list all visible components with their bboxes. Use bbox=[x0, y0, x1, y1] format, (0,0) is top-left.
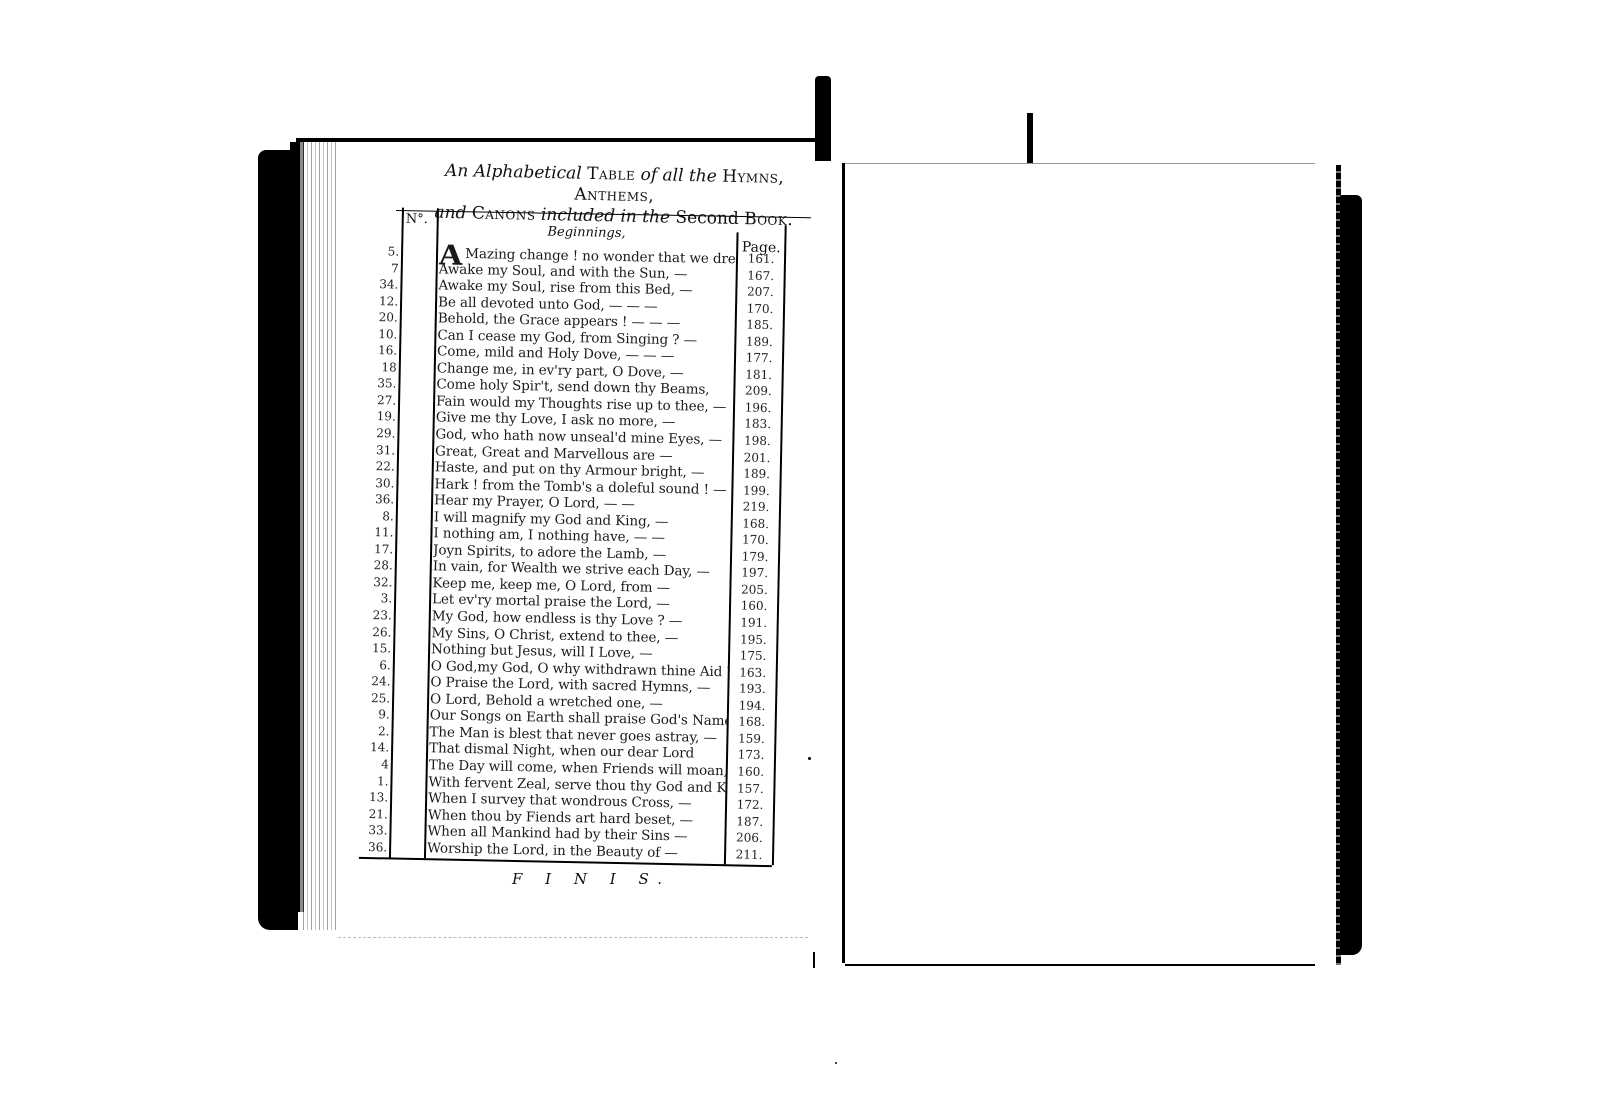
hymn-page: 179. bbox=[732, 548, 778, 565]
hymn-page: 160. bbox=[728, 763, 774, 780]
hymn-page: 197. bbox=[732, 565, 778, 582]
hymn-number: 14. bbox=[361, 739, 389, 756]
hymn-number: 29. bbox=[367, 425, 395, 442]
hymn-number: 26. bbox=[363, 623, 391, 640]
hymn-page: 195. bbox=[730, 631, 776, 648]
hymn-page: 167. bbox=[738, 267, 784, 284]
hymn-page: 198. bbox=[734, 432, 780, 449]
hymn-page: 189. bbox=[734, 465, 780, 482]
hymn-page: 185. bbox=[737, 317, 783, 334]
hymn-number: 15. bbox=[363, 640, 391, 657]
hymn-number: 13. bbox=[360, 789, 388, 806]
hymn-number: 36. bbox=[359, 839, 387, 856]
hymn-page: 199. bbox=[733, 482, 779, 499]
table-rows: 5. AMazing change ! no wonder that we dr… bbox=[359, 243, 784, 863]
header-number: N°. bbox=[406, 212, 428, 227]
hymn-page: 196. bbox=[735, 399, 781, 416]
hymn-page: 206. bbox=[726, 829, 772, 846]
hymn-number: 34. bbox=[370, 276, 398, 293]
hymn-number: 12. bbox=[370, 293, 398, 310]
bookmark-clasp-small bbox=[1027, 113, 1033, 163]
hymn-number: 31. bbox=[367, 442, 395, 459]
hymn-page: 205. bbox=[731, 581, 777, 598]
hymn-page: 191. bbox=[731, 614, 777, 631]
hymn-page: 175. bbox=[730, 647, 776, 664]
hymn-page: 170. bbox=[732, 532, 778, 549]
hymn-number: 33. bbox=[359, 822, 387, 839]
hymn-number: 35. bbox=[368, 375, 396, 392]
hymn-number: 7 bbox=[371, 260, 399, 277]
hymn-number: 18 bbox=[369, 359, 397, 376]
hymn-number: 30. bbox=[366, 475, 394, 492]
hymn-number: 28. bbox=[365, 557, 393, 574]
hymn-number: 8. bbox=[366, 508, 394, 525]
hymn-page: 163. bbox=[730, 664, 776, 681]
hymn-page: 168. bbox=[729, 714, 775, 731]
hymn-page: 187. bbox=[727, 813, 773, 830]
hymn-page: 168. bbox=[733, 515, 779, 532]
ink-mark bbox=[813, 952, 815, 968]
hymn-page: 193. bbox=[729, 680, 775, 697]
ink-speck bbox=[835, 1062, 837, 1064]
title-part: Table bbox=[587, 164, 635, 185]
header-beginnings: Beginnings, bbox=[436, 222, 736, 243]
hymn-number: 10. bbox=[369, 326, 397, 343]
title-part: An Alphabetical bbox=[445, 161, 582, 184]
left-page-edges bbox=[300, 140, 340, 930]
hymn-number: 32. bbox=[364, 574, 392, 591]
hymn-number: 36. bbox=[366, 491, 394, 508]
hymn-number: 24. bbox=[362, 673, 390, 690]
hymn-page: 177. bbox=[736, 350, 782, 367]
hymn-number: 16. bbox=[369, 342, 397, 359]
hymn-number: 11. bbox=[365, 524, 393, 541]
hymn-index-table: N°. Beginnings, Page. 5. AMazing change … bbox=[359, 207, 812, 868]
hymn-page: 183. bbox=[735, 416, 781, 433]
hymn-number: 4 bbox=[361, 756, 389, 773]
hymn-page: 207. bbox=[737, 283, 783, 300]
hymn-number: 25. bbox=[362, 690, 390, 707]
hymn-page: 157. bbox=[727, 780, 773, 797]
right-page-blank bbox=[845, 163, 1315, 966]
hymn-page: 173. bbox=[728, 747, 774, 764]
hymn-number: 5. bbox=[371, 243, 399, 260]
finis-footer: F I N I S. bbox=[512, 870, 671, 888]
hymn-number: 9. bbox=[362, 706, 390, 723]
hymn-page: 194. bbox=[729, 697, 775, 714]
hymn-page: 181. bbox=[736, 366, 782, 383]
hymn-page: 170. bbox=[737, 300, 783, 317]
right-cover-board bbox=[1340, 195, 1362, 955]
hymn-number: 1. bbox=[360, 772, 388, 789]
hymn-number: 20. bbox=[370, 309, 398, 326]
hymn-page: 160. bbox=[731, 598, 777, 615]
hymn-number: 22. bbox=[367, 458, 395, 475]
hymn-number: 17. bbox=[365, 541, 393, 558]
hymn-number: 3. bbox=[364, 590, 392, 607]
hymn-page: 219. bbox=[733, 499, 779, 516]
hymn-number: 19. bbox=[368, 408, 396, 425]
hymn-page: 211. bbox=[726, 846, 772, 863]
hymn-page: 209. bbox=[735, 383, 781, 400]
hymn-number: 21. bbox=[360, 805, 388, 822]
hymn-page: 172. bbox=[727, 796, 773, 813]
ink-dot bbox=[808, 757, 811, 760]
book-scan: An Alphabetical Table of all the Hymns, … bbox=[0, 0, 1599, 1094]
hymn-page: 161. bbox=[738, 250, 784, 267]
hymn-number: 6. bbox=[363, 657, 391, 674]
hymn-page: 201. bbox=[734, 449, 780, 466]
hymn-page: 189. bbox=[736, 333, 782, 350]
hymn-number: 27. bbox=[368, 392, 396, 409]
title-part: of all the bbox=[640, 165, 717, 187]
hymn-number: 23. bbox=[364, 607, 392, 624]
top-edge bbox=[296, 138, 816, 142]
bookmark-clasp bbox=[815, 76, 831, 161]
hymn-page: 159. bbox=[728, 730, 774, 747]
hymn-number: 2. bbox=[361, 723, 389, 740]
